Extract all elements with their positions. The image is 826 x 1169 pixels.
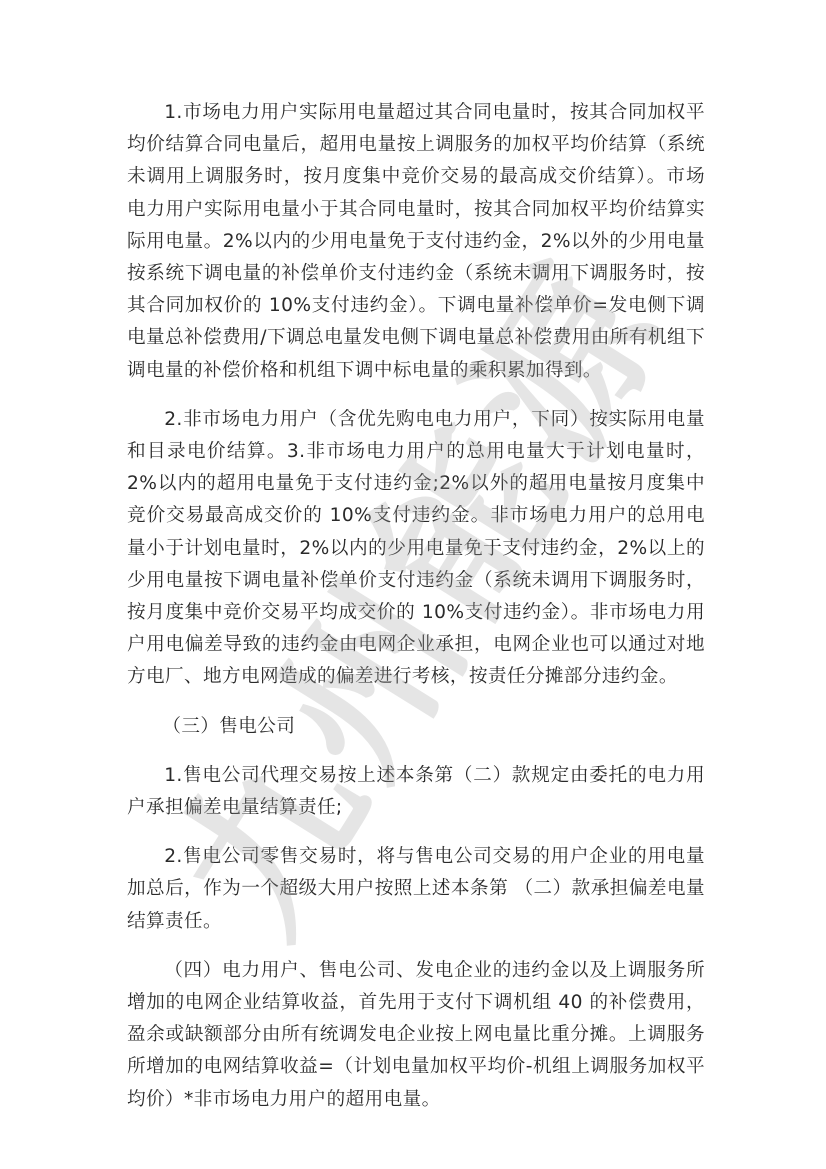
paragraph-non-market-user-settlement: 2.非市场电力用户（含优先购电电力用户，下同）按实际用电量和目录电价结算。3.非…: [127, 404, 705, 694]
document-page: 1.市场电力用户实际用电量超过其合同电量时，按其合同加权平均价结算合同电量后，超…: [0, 0, 826, 1169]
paragraph-penalty-revenue: （四）电力用户、售电公司、发电企业的违约金以及上调服务所增加的电网企业结算收益，…: [127, 955, 705, 1116]
document-body: 1.市场电力用户实际用电量超过其合同电量时，按其合同加权平均价结算合同电量后，超…: [127, 97, 705, 1133]
paragraph-retail-agency-trade: 1.售电公司代理交易按上述本条第（二）款规定由委托的电力用户承担偏差电量结算责任…: [127, 760, 705, 824]
paragraph-retail-trade: 2.售电公司零售交易时，将与售电公司交易的用户企业的用电量加总后，作为一个超级大…: [127, 841, 705, 938]
section-heading-retail-company: （三）售电公司: [127, 711, 705, 743]
paragraph-market-user-settlement: 1.市场电力用户实际用电量超过其合同电量时，按其合同加权平均价结算合同电量后，超…: [127, 97, 705, 387]
